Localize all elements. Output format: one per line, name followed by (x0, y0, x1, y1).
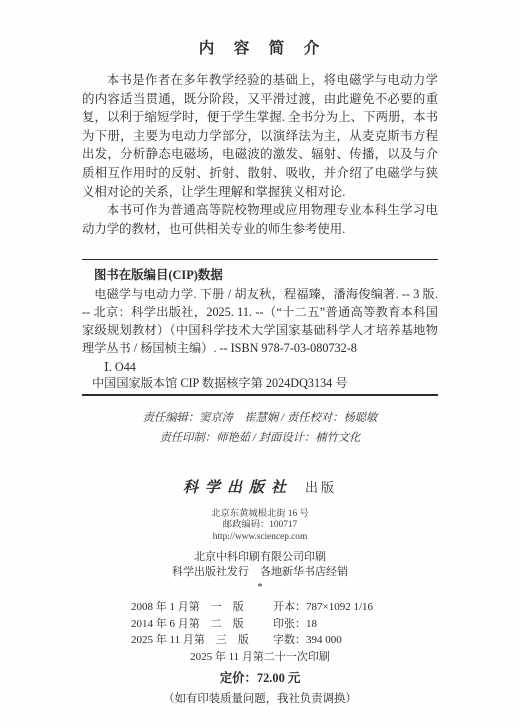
cip-registry: 中国国家版本馆 CIP 数据核字第 2024DQ3134 号 (82, 375, 438, 392)
cip-top-rule (82, 259, 438, 260)
publisher-website: http://www.sciencep.com (82, 532, 438, 544)
book-copyright-page: 内 容 简 介 本书是作者在多年教学经验的基础上，将电磁学与电动力学的内容适当贯… (0, 0, 520, 722)
credits-production-line: 责任印制：师艳茹 / 封面设计：楠竹文化 (82, 428, 438, 448)
cip-heading: 图书在版编目(CIP)数据 (82, 267, 438, 284)
cip-block: 图书在版编目(CIP)数据 电磁学与电动力学. 下册 / 胡友秋，程福臻，潘海俊… (82, 267, 438, 391)
publisher-street-address: 北京东黄城根北街 16 号 (82, 509, 438, 521)
cip-classification: Ⅰ. O44 (82, 359, 438, 376)
price: 定价：72.00 元 (82, 670, 438, 687)
edition-row: 2008 年 1 月第 一 版 开本：787×1092 1/16 (131, 599, 389, 615)
publisher-line: 科学出版社 出版 (82, 478, 438, 498)
edition-date: 2014 年 6 月第 二 版 (131, 616, 273, 632)
quality-note: （如有印装质量问题，我社负责调换） (82, 691, 438, 707)
staff-credits: 责任编辑：窦京涛 崔慧娴 / 责任校对：杨聪敏 责任印制：师艳茹 / 封面设计：… (82, 408, 438, 448)
publisher-address-block: 北京东黄城根北街 16 号 邮政编码：100717 http://www.sci… (82, 509, 438, 544)
printing-statement: 2025 年 11 月第二十一次印刷 (82, 649, 438, 665)
intro-paragraph-1: 本书是作者在多年教学经验的基础上，将电磁学与电动力学的内容适当贯通，既分阶段，又… (82, 71, 438, 201)
publisher-block: 科学出版社 出版 北京东黄城根北街 16 号 邮政编码：100717 http:… (82, 478, 438, 594)
publish-label: 出版 (305, 480, 337, 495)
cip-bottom-rule (82, 394, 438, 396)
edition-spec: 印张：18 (273, 616, 389, 632)
edition-spec: 字数：394 000 (273, 632, 389, 648)
cip-record: 电磁学与电动力学. 下册 / 胡友秋，程福臻，潘海俊编著. -- 3 版. --… (82, 286, 438, 357)
intro-paragraph-2: 本书可作为普通高等院校物理或应用物理专业本科生学习电动力学的教材，也可供相关专业… (82, 201, 438, 238)
edition-date: 2025 年 11 月第 三 版 (131, 632, 273, 648)
page-content: 本书是作者在多年教学经验的基础上，将电磁学与电动力学的内容适当贯通，既分阶段，又… (82, 71, 438, 707)
page-title: 内 容 简 介 (0, 36, 520, 58)
science-press-logotype: 科学出版社 (183, 480, 293, 496)
distribution-line: 科学出版社发行 各地新华书店经销 (82, 565, 438, 580)
separator-asterisk: * (82, 581, 438, 593)
edition-spec: 开本：787×1092 1/16 (273, 599, 389, 615)
edition-row: 2025 年 11 月第 三 版 字数：394 000 (131, 632, 389, 648)
printer-line: 北京中科印刷有限公司印刷 (82, 550, 438, 565)
intro-section: 本书是作者在多年教学经验的基础上，将电磁学与电动力学的内容适当贯通，既分阶段，又… (82, 71, 438, 238)
edition-date: 2008 年 1 月第 一 版 (131, 599, 273, 615)
credits-editors-line: 责任编辑：窦京涛 崔慧娴 / 责任校对：杨聪敏 (82, 408, 438, 428)
edition-row: 2014 年 6 月第 二 版 印张：18 (131, 616, 389, 632)
publisher-postcode: 邮政编码：100717 (82, 520, 438, 532)
edition-history-table: 2008 年 1 月第 一 版 开本：787×1092 1/16 2014 年 … (131, 599, 389, 648)
